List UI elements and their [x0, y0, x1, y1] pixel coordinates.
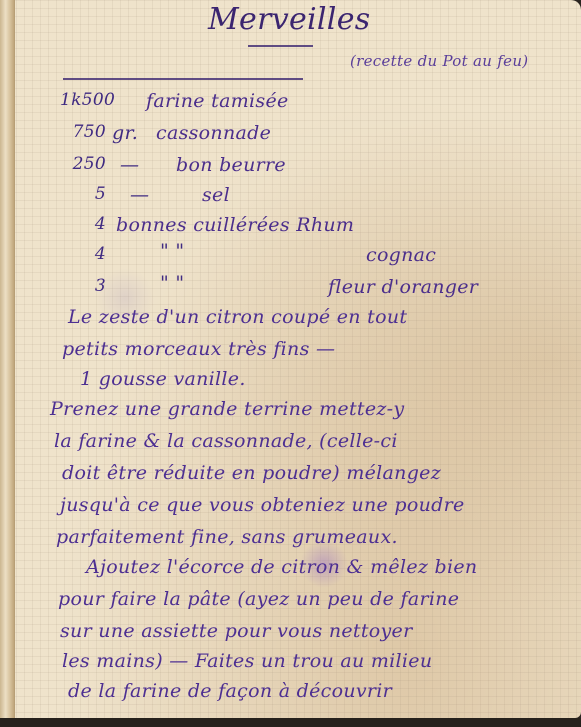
ingredient-qty: 250	[60, 154, 106, 174]
ditto-marks: " "	[160, 240, 184, 262]
notebook-binding	[0, 0, 15, 718]
recipe-title: Merveilles	[208, 2, 370, 37]
instruction-line: de la farine de façon à découvrir	[68, 680, 392, 702]
ingredient-name: sel	[202, 184, 230, 206]
ingredient-name: bonnes cuillérées Rhum	[116, 214, 354, 236]
instruction-line: jusqu'à ce que vous obteniez une poudre	[60, 494, 465, 516]
ditto-marks: " "	[160, 272, 184, 294]
notebook-page: Merveilles (recette du Pot au feu) 1k500…	[0, 0, 581, 718]
ingredient-unit: —	[120, 154, 139, 176]
extra-line: 1 gousse vanille.	[80, 368, 246, 390]
ingredient-name: cassonnade	[156, 122, 271, 144]
recipe-source: (recette du Pot au feu)	[350, 52, 528, 70]
ingredient-qty: 750	[60, 122, 106, 142]
instruction-line: les mains) — Faites un trou au milieu	[62, 650, 432, 672]
instruction-line: Ajoutez l'écorce de citron & mêlez bien	[86, 556, 477, 578]
ingredient-name: bon beurre	[176, 154, 286, 176]
ingredient-qty: 1k500	[60, 90, 106, 110]
page-bottom-edge	[0, 718, 581, 727]
extra-line: petits morceaux très fins —	[62, 338, 335, 360]
title-underline	[248, 45, 313, 47]
ingredient-unit: gr.	[112, 122, 138, 144]
ingredient-qty: 4	[60, 214, 106, 234]
ingredient-qty: 4	[60, 244, 106, 264]
ingredient-unit: —	[130, 184, 149, 206]
instruction-line: la farine & la cassonnade, (celle-ci	[54, 430, 398, 452]
ingredient-name: farine tamisée	[146, 90, 289, 112]
instruction-line: doit être réduite en poudre) mélangez	[62, 462, 441, 484]
instruction-line: sur une assiette pour vous nettoyer	[60, 620, 412, 642]
ingredient-qty: 5	[60, 184, 106, 204]
instruction-line: pour faire la pâte (ayez un peu de farin…	[58, 588, 459, 610]
header-rule	[63, 78, 303, 80]
extra-line: Le zeste d'un citron coupé en tout	[68, 306, 407, 328]
instruction-line: parfaitement fine, sans grumeaux.	[56, 526, 398, 548]
ingredient-name: cognac	[366, 244, 436, 266]
instruction-line: Prenez une grande terrine mettez-y	[50, 398, 404, 420]
ingredient-name: fleur d'oranger	[328, 276, 478, 298]
ingredient-qty: 3	[60, 276, 106, 296]
